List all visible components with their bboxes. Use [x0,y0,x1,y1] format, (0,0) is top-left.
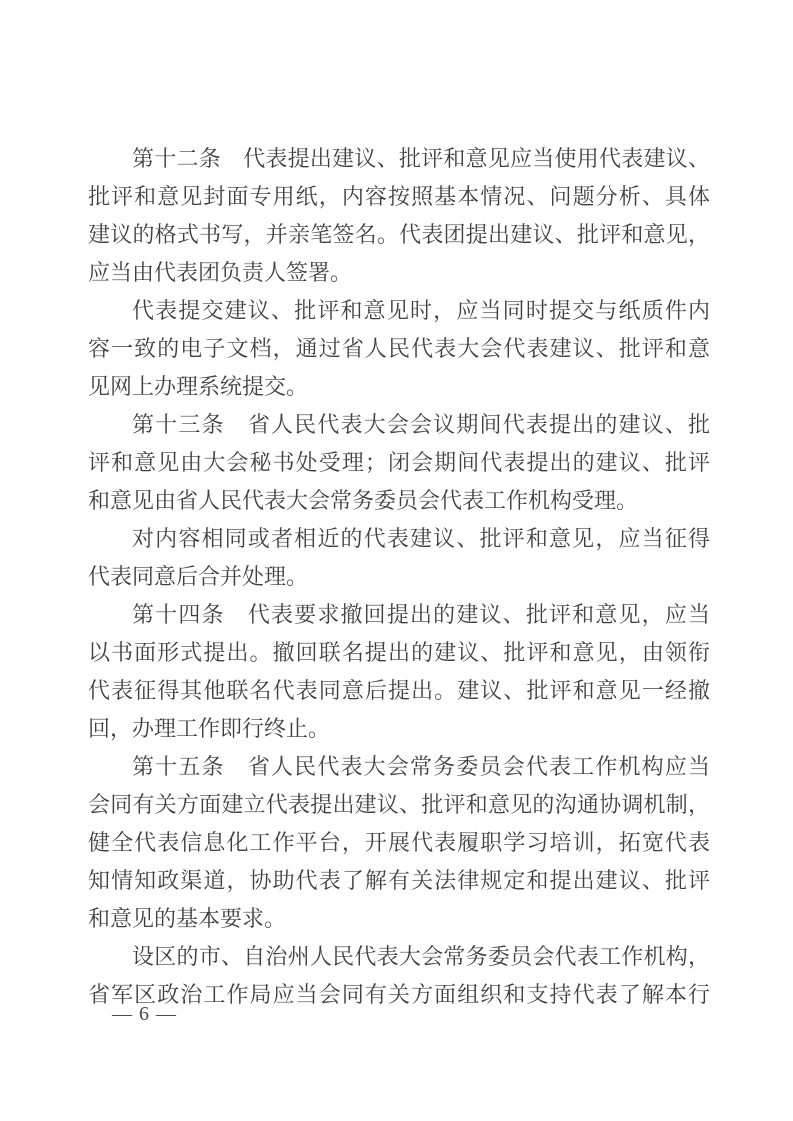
paragraph: 对内容相同或者相近的代表建议、批评和意见，应当征得代表同意后合并处理。 [88,520,710,596]
text-line: 对内容相同或者相近的代表建议、批评和意见，应当征得 [88,520,710,558]
text-line: 回，办理工作即行终止。 [88,710,710,748]
paragraph: 第十三条 省人民代表大会会议期间代表提出的建议、批评和意见由大会秘书处受理；闭会… [88,406,710,520]
text-line: 代表同意后合并处理。 [88,558,710,596]
text-line: 省军区政治工作局应当会同有关方面组织和支持代表了解本行 [88,976,710,1014]
text-line: 建议的格式书写，并亲笔签名。代表团提出建议、批评和意见， [88,216,710,254]
text-line: 健全代表信息化工作平台，开展代表履职学习培训，拓宽代表 [88,824,710,862]
text-line: 和意见由省人民代表大会常务委员会代表工作机构受理。 [88,482,710,520]
text-line: 代表征得其他联名代表同意后提出。建议、批评和意见一经撤 [88,672,710,710]
text-line: 设区的市、自治州人民代表大会常务委员会代表工作机构， [88,938,710,976]
text-line: 第十四条 代表要求撤回提出的建议、批评和意见，应当 [88,596,710,634]
page-number: — 6 — [112,1000,177,1028]
paragraph: 第十五条 省人民代表大会常务委员会代表工作机构应当会同有关方面建立代表提出建议、… [88,748,710,938]
text-line: 评和意见由大会秘书处受理；闭会期间代表提出的建议、批评 [88,444,710,482]
text-line: 见网上办理系统提交。 [88,368,710,406]
text-line: 容一致的电子文档，通过省人民代表大会代表建议、批评和意 [88,330,710,368]
text-line: 和意见的基本要求。 [88,900,710,938]
paragraph: 第十二条 代表提出建议、批评和意见应当使用代表建议、批评和意见封面专用纸，内容按… [88,140,710,292]
text-line: 第十五条 省人民代表大会常务委员会代表工作机构应当 [88,748,710,786]
text-line: 第十三条 省人民代表大会会议期间代表提出的建议、批 [88,406,710,444]
text-line: 应当由代表团负责人签署。 [88,254,710,292]
text-line: 以书面形式提出。撤回联名提出的建议、批评和意见，由领衔 [88,634,710,672]
paragraph: 设区的市、自治州人民代表大会常务委员会代表工作机构，省军区政治工作局应当会同有关… [88,938,710,1014]
text-line: 第十二条 代表提出建议、批评和意见应当使用代表建议、 [88,140,710,178]
text-line: 知情知政渠道，协助代表了解有关法律规定和提出建议、批评 [88,862,710,900]
paragraph: 第十四条 代表要求撤回提出的建议、批评和意见，应当以书面形式提出。撤回联名提出的… [88,596,710,748]
document-body: 第十二条 代表提出建议、批评和意见应当使用代表建议、批评和意见封面专用纸，内容按… [88,140,710,1014]
text-line: 批评和意见封面专用纸，内容按照基本情况、问题分析、具体 [88,178,710,216]
text-line: 代表提交建议、批评和意见时，应当同时提交与纸质件内 [88,292,710,330]
text-line: 会同有关方面建立代表提出建议、批评和意见的沟通协调机制， [88,786,710,824]
paragraph: 代表提交建议、批评和意见时，应当同时提交与纸质件内容一致的电子文档，通过省人民代… [88,292,710,406]
